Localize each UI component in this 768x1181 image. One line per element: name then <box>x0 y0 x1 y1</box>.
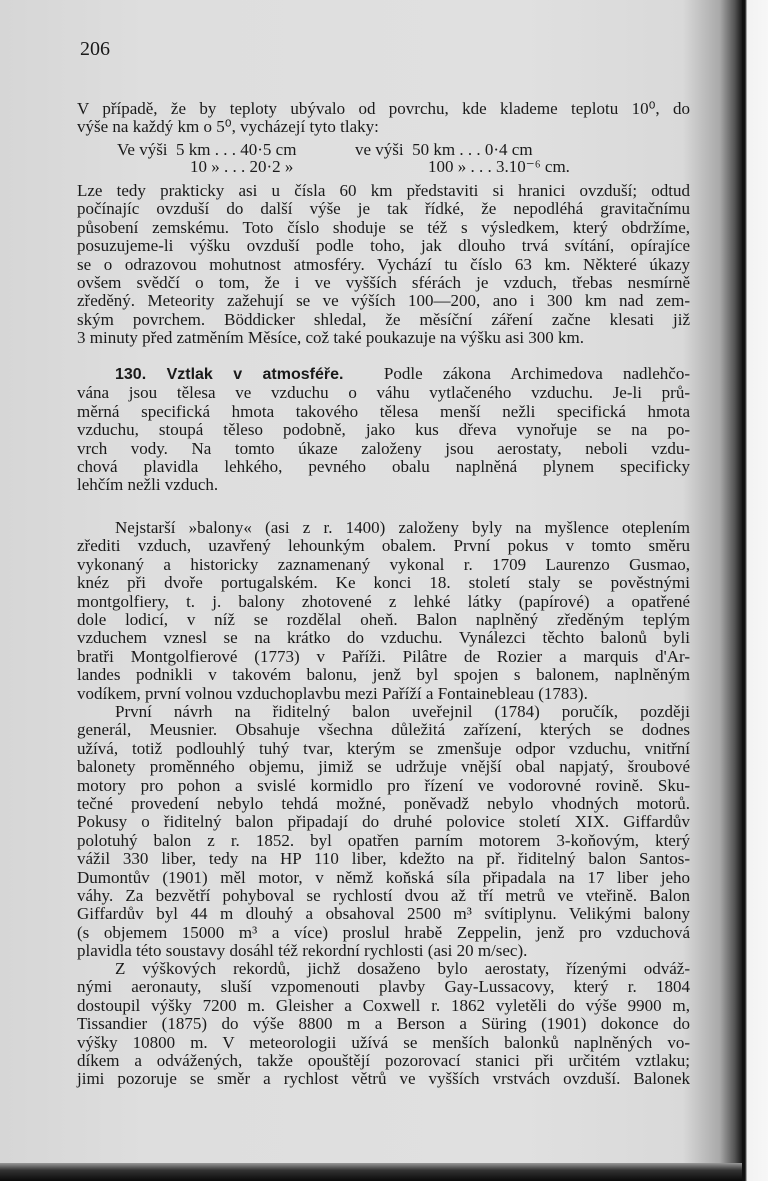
text-line: zřediti vzduch, uzavřený lehounkým obale… <box>77 537 690 555</box>
paragraph-early-balloons: Nejstarší »balony« (asi z r. 1400) založ… <box>77 519 690 703</box>
table-cell: . . . <box>224 157 245 176</box>
text-line: zředěný. Meteority zažehují se ve výších… <box>77 292 690 310</box>
text-line: Z výškových rekordů, jichž dosaženo bylo… <box>77 960 690 978</box>
page-gutter-edge <box>742 0 768 1181</box>
text-line: vzduchu, stoupá těleso podobně, jako kus… <box>77 421 690 439</box>
text-line: První návrh na řiditelný balon uveřejnil… <box>77 703 690 721</box>
text-line: působení zemskému. Toto číslo shoduje se… <box>77 219 690 237</box>
text-line: plavidla této soustavy dosáhl též rekord… <box>77 942 690 960</box>
text-line: vrch vody. Na tomto úkaze založeny jsou … <box>77 440 690 458</box>
table-cell: Ve výši <box>117 140 168 159</box>
table-row: 100 » . . . 3.10⁻⁶ cm. <box>355 158 570 175</box>
text-line: lehčím nežli vzduch. <box>77 476 690 494</box>
page-bottom-edge <box>0 1163 742 1181</box>
text-line: se o odrazovou mohutnost atmosféry. Vych… <box>77 256 690 274</box>
text-line: váhy. Za bezvětří pohyboval se rychlostí… <box>77 887 690 905</box>
section-first-line: 130. Vztlak v atmosféře. Podle zákona Ar… <box>77 365 690 384</box>
text-line: Giffardův byl 44 m dlouhý a obsahoval 25… <box>77 905 690 923</box>
text-line: ským povrchem. Böddicker shledal, že měs… <box>77 311 690 329</box>
page-number: 206 <box>80 38 110 61</box>
text-line: generál, Meusnier. Obsahuje všechna důle… <box>77 721 690 739</box>
text-line: dostoupil výšky 7200 m. Gleisher a Coxwe… <box>77 997 690 1015</box>
text-line: vážil 330 liber, tedy na HP 110 liber, k… <box>77 850 690 868</box>
text-line: nými aeronauty, sluší vzpomenouti plavby… <box>77 978 690 996</box>
intro-paragraph: V případě, že by teploty ubývalo od povr… <box>77 100 690 137</box>
text-line: (s objemem 15000 m³ a více) proslul hrab… <box>77 924 690 942</box>
text-line: počínajíc ovzduší do další výše je tak ř… <box>77 200 690 218</box>
text-line: vodíkem, první volnou vzduchoplavbu mezi… <box>77 685 690 703</box>
text-line: 3 minuty před zatměním Měsíce, což také … <box>77 329 690 347</box>
text-line: V případě, že by teploty ubývalo od povr… <box>77 100 690 118</box>
text-line: montgolfiery, t. j. balony zhotovené z l… <box>77 593 690 611</box>
text-line: jimi pozoruje se směr a rychlost větrů v… <box>77 1070 690 1088</box>
text-line: landes podnikli v takovém balonu, jenž b… <box>77 666 690 684</box>
table-cell: 10 » <box>190 157 220 176</box>
pressure-table-left: Ve výši 5 km . . . 40·5 cm 10 » . . . 20… <box>117 141 296 175</box>
text-line: vána jsou tělesa ve vzduchu o váhu vytla… <box>77 384 690 402</box>
section-130: 130. Vztlak v atmosféře. Podle zákona Ar… <box>77 365 690 495</box>
text-line: díkem a odvážených, takže opouštějí pozo… <box>77 1052 690 1070</box>
text-line: balonety proměnného objemu, jimiž se udr… <box>77 758 690 776</box>
text-line: posuzujeme-li výšku ovzduší podle toho, … <box>77 237 690 255</box>
text-line: chová plavidla lehkého, pevného obalu na… <box>77 458 690 476</box>
text-line: polotuhý balon z r. 1852. byl opatřen pa… <box>77 832 690 850</box>
section-number: 130. <box>115 366 146 383</box>
table-cell: ve výši <box>355 140 404 159</box>
text-line: Pokusy o řiditelný balon připadají do dr… <box>77 813 690 831</box>
table-cell: . . . <box>471 157 492 176</box>
text-line: měrná specifická hmota takového tělesa m… <box>77 403 690 421</box>
table-row: ve výši 50 km . . . 0·4 cm <box>355 141 570 158</box>
paragraph-atmosphere-limit: Lze tedy prakticky asi u čísla 60 km pře… <box>77 182 690 348</box>
table-cell: 3.10⁻⁶ cm. <box>496 157 570 176</box>
text-line: Dumontův (1901) měl motor, v němž koňská… <box>77 869 690 887</box>
text-line: Tissandier (1875) do výše 8800 m a Berso… <box>77 1015 690 1033</box>
text-line: bratři Montgolfierové (1773) v Paříži. P… <box>77 648 690 666</box>
text-line: Podle zákona Archimedova nadlehčo- <box>384 364 690 383</box>
text-line: výše na každý km o 5⁰, vycházejí tyto tl… <box>77 118 690 136</box>
text-line: Nejstarší »balony« (asi z r. 1400) založ… <box>77 519 690 537</box>
table-cell: 100 » <box>428 157 466 176</box>
paragraph-altitude-records: Z výškových rekordů, jichž dosaženo bylo… <box>77 960 690 1089</box>
section-heading: 130. Vztlak v atmosféře. <box>115 366 343 383</box>
text-line: tečné provedení nebylo tehdá možné, poně… <box>77 795 690 813</box>
section-title: Vztlak v atmosféře. <box>167 366 344 383</box>
text-line: motory pro pohon a svislé kormidlo pro ř… <box>77 777 690 795</box>
text-line: užívá, totiž podlouhlý tuhý tvar, kterým… <box>77 740 690 758</box>
text-line: vzduchem vznesl se na krátko do vzduchu.… <box>77 629 690 647</box>
paragraph-dirigibles: První návrh na řiditelný balon uveřejnil… <box>77 703 690 961</box>
text-line: ovšem svědčí o tom, že i ve vyšších sfér… <box>77 274 690 292</box>
text-line: dole lodicí, v níž se rozdělal oheň. Bal… <box>77 611 690 629</box>
text-line: výšky 10800 m. V meteorologii užívá se m… <box>77 1034 690 1052</box>
text-line: vykonaný a historicky zaznamenaný vykona… <box>77 556 690 574</box>
table-row: Ve výši 5 km . . . 40·5 cm <box>117 141 296 158</box>
table-row: 10 » . . . 20·2 » <box>117 158 296 175</box>
text-line: Lze tedy prakticky asi u čísla 60 km pře… <box>77 182 690 200</box>
pressure-table-right: ve výši 50 km . . . 0·4 cm 100 » . . . 3… <box>355 141 570 175</box>
text-line: knéz při dvoře portugalském. Ke konci 18… <box>77 574 690 592</box>
table-cell: 20·2 » <box>250 157 294 176</box>
